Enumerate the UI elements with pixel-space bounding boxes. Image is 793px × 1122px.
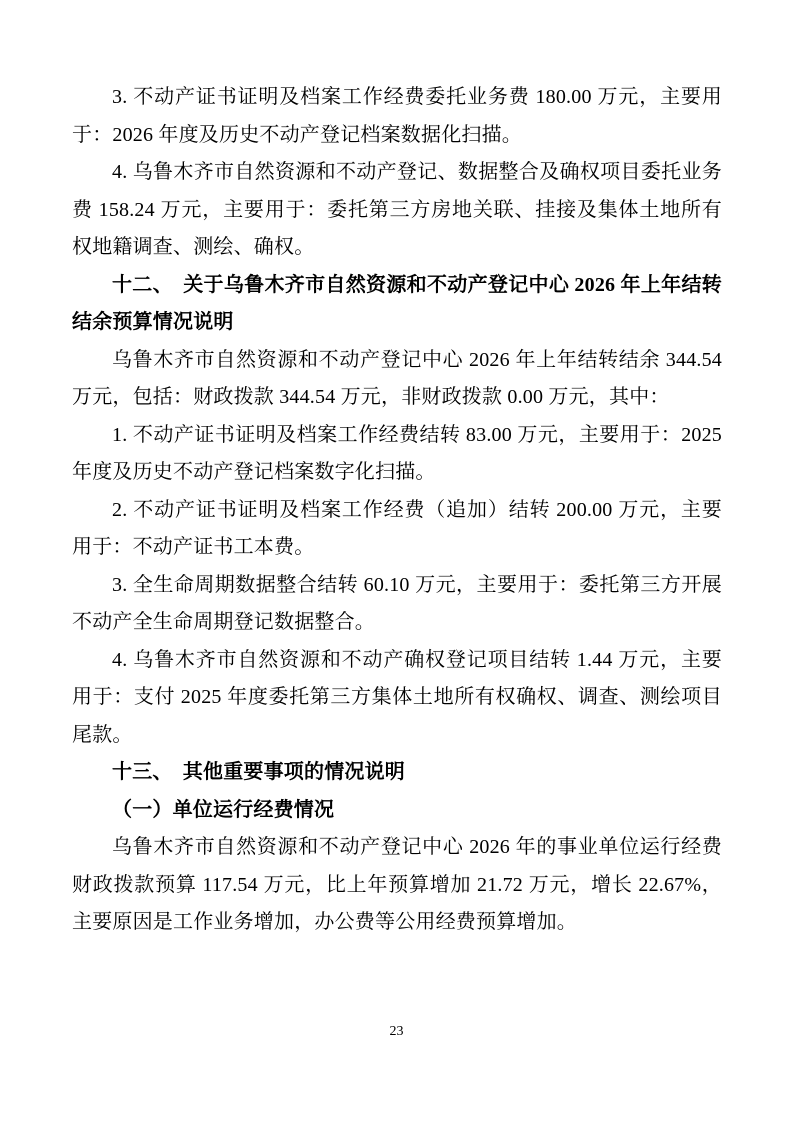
page-footer: 23 (0, 1022, 793, 1040)
para-carryover-item1: 1. 不动产证书证明及档案工作经费结转 83.00 万元，主要用于：2025 年… (72, 417, 722, 492)
document-page: 3. 不动产证书证明及档案工作经费委托业务费 180.00 万元，主要用于：20… (0, 0, 793, 1122)
para-item4-integration-fee: 4. 乌鲁木齐市自然资源和不动产登记、数据整合及确权项目委托业务费 158.24… (72, 154, 722, 267)
para-carryover-summary: 乌鲁木齐市自然资源和不动产登记中心 2026 年上年结转结余 344.54 万元… (72, 342, 722, 417)
document-body: 3. 不动产证书证明及档案工作经费委托业务费 180.00 万元，主要用于：20… (72, 79, 722, 942)
subheading-operating-expense: （一）单位运行经费情况 (72, 792, 722, 830)
para-operating-expense: 乌鲁木齐市自然资源和不动产登记中心 2026 年的事业单位运行经费财政拨款预算 … (72, 829, 722, 942)
para-item3-cert-fee: 3. 不动产证书证明及档案工作经费委托业务费 180.00 万元，主要用于：20… (72, 79, 722, 154)
para-carryover-item3: 3. 全生命周期数据整合结转 60.10 万元，主要用于：委托第三方开展不动产全… (72, 567, 722, 642)
heading-section-12: 十二、 关于乌鲁木齐市自然资源和不动产登记中心 2026 年上年结转结余预算情况… (72, 267, 722, 342)
para-carryover-item2: 2. 不动产证书证明及档案工作经费（追加）结转 200.00 万元，主要用于：不… (72, 492, 722, 567)
page-number: 23 (390, 1024, 404, 1039)
para-carryover-item4: 4. 乌鲁木齐市自然资源和不动产确权登记项目结转 1.44 万元，主要用于：支付… (72, 642, 722, 755)
heading-section-13: 十三、 其他重要事项的情况说明 (72, 754, 722, 792)
